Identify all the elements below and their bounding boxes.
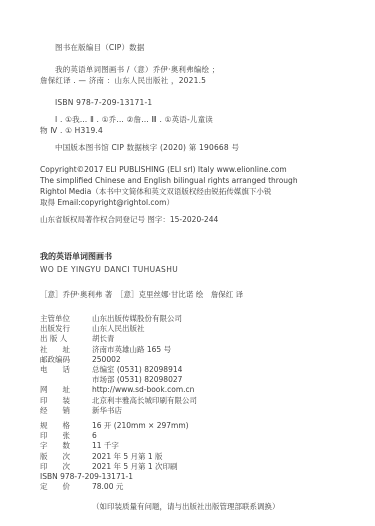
row-value: 山东出版传媒股份有限公司 xyxy=(92,314,182,324)
cip-class-line1: Ⅰ . ①我… Ⅱ . ①乔… ②詹… Ⅲ . ①英语-儿童读 xyxy=(40,114,339,125)
copyright-line1: Copyright©2017 ELI PUBLISHING (ELI srl) … xyxy=(40,164,339,175)
copyright-registration: 山东省版权局著作权合同登记号 图字：15-2020-244 xyxy=(40,214,339,225)
row-label: 出版发行 xyxy=(40,324,92,334)
row-value: 市场部 (0531) 82098027 xyxy=(92,375,182,385)
cip-heading: 图书在版编目（CIP）数据 xyxy=(40,42,339,53)
quality-exchange-note: （如印装质量有问题，请与出版社出版管理部联系调换） xyxy=(40,501,339,512)
book-credits: ［意］乔伊·奥利弗 著 ［意］克里丝娜·甘比诺 绘 詹保红 译 xyxy=(40,289,339,300)
row-value: 11 千字 xyxy=(92,441,119,451)
row-label: 印 张 xyxy=(40,431,92,441)
table-row: 电 话 总编室 (0531) 82098914 xyxy=(40,365,339,375)
row-label: 印 次 xyxy=(40,462,92,472)
copyright-block: Copyright©2017 ELI PUBLISHING (ELI srl) … xyxy=(40,164,339,225)
row-value: 济南市英雄山路 165 号 xyxy=(92,345,171,355)
row-value: 6 xyxy=(92,431,97,441)
table-row: 字 数 11 千字 xyxy=(40,441,339,451)
copyright-line3: Rightol Media（本书中文简体和英文双语版权经由锐拓传媒旗下小锐 xyxy=(40,186,339,197)
copyright-line2: The simplified Chinese and English bilin… xyxy=(40,175,339,186)
book-title-cn: 我的英语单词图画书 xyxy=(40,251,339,262)
row-label: 社 址 xyxy=(40,345,92,355)
row-label: 出 版 人 xyxy=(40,334,92,344)
row-label xyxy=(40,375,92,385)
cip-title-line1: 我的英语单词图画书 /（意）乔伊·奥利弗编绘 ； xyxy=(40,64,339,75)
row-label: 主管单位 xyxy=(40,314,92,324)
row-label: 版 次 xyxy=(40,452,92,462)
price-row: 定 价 78.00 元 xyxy=(40,482,339,492)
price-label: 定 价 xyxy=(40,482,92,492)
row-value: 山东人民出版社 xyxy=(92,324,145,334)
row-value: 250002 xyxy=(92,355,121,365)
table-row: 印 次 2021 年 5 月第 1 次印刷 xyxy=(40,462,339,472)
table-row: 版 次 2021 年 5 月第 1 版 xyxy=(40,452,339,462)
table-row: 出 版 人 胡长青 xyxy=(40,334,339,344)
row-label: 字 数 xyxy=(40,441,92,451)
cip-block: 图书在版编目（CIP）数据 我的英语单词图画书 /（意）乔伊·奥利弗编绘 ； 詹… xyxy=(40,42,339,153)
spec-info-table: 规 格 16 开 (210mm × 297mm) 印 张 6 字 数 11 千字… xyxy=(40,421,339,492)
table-row: 市场部 (0531) 82098027 xyxy=(40,375,339,385)
cip-class-line2: 物 Ⅳ . ① H319.4 xyxy=(40,125,339,136)
row-value: 北京利丰雅高长城印刷有限公司 xyxy=(92,396,197,406)
row-value: 2021 年 5 月第 1 次印刷 xyxy=(92,462,178,472)
row-label: 电 话 xyxy=(40,365,92,375)
table-row: 网 址 http://www.sd-book.com.cn xyxy=(40,385,339,395)
row-value: 16 开 (210mm × 297mm) xyxy=(92,421,189,431)
table-row: 印 张 6 xyxy=(40,431,339,441)
table-row: 规 格 16 开 (210mm × 297mm) xyxy=(40,421,339,431)
cip-record-number: 中国版本图书馆 CIP 数据核字 (2020) 第 190668 号 xyxy=(40,142,339,153)
colophon-page: 图书在版编目（CIP）数据 我的英语单词图画书 /（意）乔伊·奥利弗编绘 ； 詹… xyxy=(0,0,375,526)
isbn-line: ISBN 978-7-209-13171-1 xyxy=(40,472,339,482)
publication-info-table: 主管单位 山东出版传媒股份有限公司 出版发行 山东人民出版社 出 版 人 胡长青… xyxy=(40,314,339,416)
row-label: 邮政编码 xyxy=(40,355,92,365)
row-label: 网 址 xyxy=(40,385,92,395)
row-value: 胡长青 xyxy=(92,334,115,344)
row-value: http://www.sd-book.com.cn xyxy=(92,385,194,395)
cip-title-line2: 詹保红译 . — 济南 ：山东人民出版社 ，2021.5 xyxy=(40,75,339,86)
book-title-block: 我的英语单词图画书 WO DE YINGYU DANCI TUHUASHU ［意… xyxy=(40,251,339,300)
row-value: 总编室 (0531) 82098914 xyxy=(92,365,182,375)
row-label: 规 格 xyxy=(40,421,92,431)
table-row: 主管单位 山东出版传媒股份有限公司 xyxy=(40,314,339,324)
copyright-line4: 取得 Email:copyright@rightol.com） xyxy=(40,197,339,208)
table-row: 社 址 济南市英雄山路 165 号 xyxy=(40,345,339,355)
table-row: 印 装 北京利丰雅高长城印刷有限公司 xyxy=(40,396,339,406)
cip-isbn: ISBN 978-7-209-13171-1 xyxy=(40,97,339,108)
row-label: 印 装 xyxy=(40,396,92,406)
price-value: 78.00 元 xyxy=(92,482,123,492)
table-row: 出版发行 山东人民出版社 xyxy=(40,324,339,334)
row-value: 2021 年 5 月第 1 版 xyxy=(92,452,163,462)
row-value: 新华书店 xyxy=(92,406,122,416)
table-row: 邮政编码 250002 xyxy=(40,355,339,365)
table-row: 经 销 新华书店 xyxy=(40,406,339,416)
book-title-pinyin: WO DE YINGYU DANCI TUHUASHU xyxy=(40,264,339,275)
row-label: 经 销 xyxy=(40,406,92,416)
